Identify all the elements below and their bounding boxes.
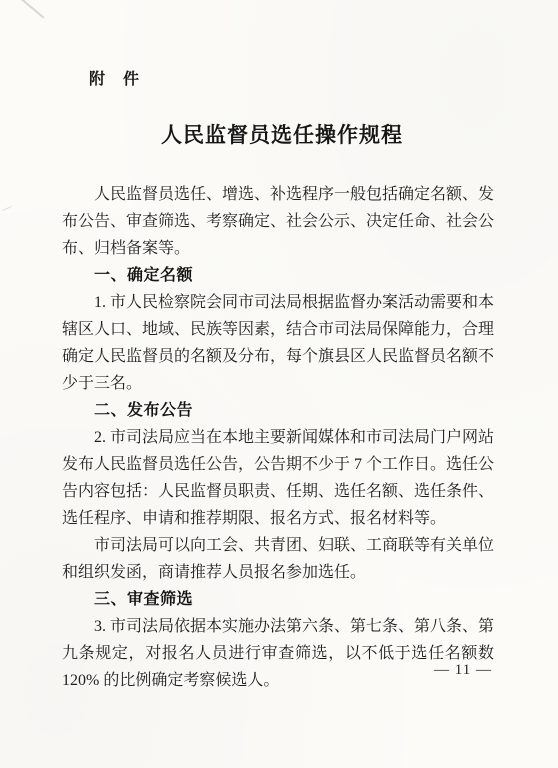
paragraph-publish-notice-2: 市司法局可以向工会、共青团、妇联、工商联等有关单位和组织发函，商请推荐人员报名参… xyxy=(62,532,494,586)
scan-artifact-mark xyxy=(17,0,44,18)
document-title: 人民监督员选任操作规程 xyxy=(62,119,502,149)
scan-artifact-mark xyxy=(2,206,11,211)
attachment-label: 附 件 xyxy=(89,66,140,89)
section-heading-determine-quota: 一、确定名额 xyxy=(62,262,494,289)
page-number: — 11 — xyxy=(434,662,492,679)
document-page: 附 件 人民监督员选任操作规程 人民监督员选任、增选、补选程序一般包括确定名额、… xyxy=(0,0,558,768)
section-heading-review-screening: 三、审查筛选 xyxy=(62,586,494,613)
intro-paragraph: 人民监督员选任、增选、补选程序一般包括确定名额、发布公告、审查筛选、考察确定、社… xyxy=(62,181,494,262)
paragraph-determine-quota: 1. 市人民检察院会同市司法局根据监督办案活动需要和本辖区人口、地域、民族等因素… xyxy=(62,289,494,397)
document-body: 人民监督员选任、增选、补选程序一般包括确定名额、发布公告、审查筛选、考察确定、社… xyxy=(62,181,494,694)
paragraph-publish-notice-1: 2. 市司法局应当在本地主要新闻媒体和市司法局门户网站发布人民监督员选任公告，公… xyxy=(62,424,494,532)
paragraph-review-screening: 3. 市司法局依据本实施办法第六条、第七条、第八条、第九条规定，对报名人员进行审… xyxy=(62,613,494,694)
section-heading-publish-notice: 二、发布公告 xyxy=(62,397,494,424)
